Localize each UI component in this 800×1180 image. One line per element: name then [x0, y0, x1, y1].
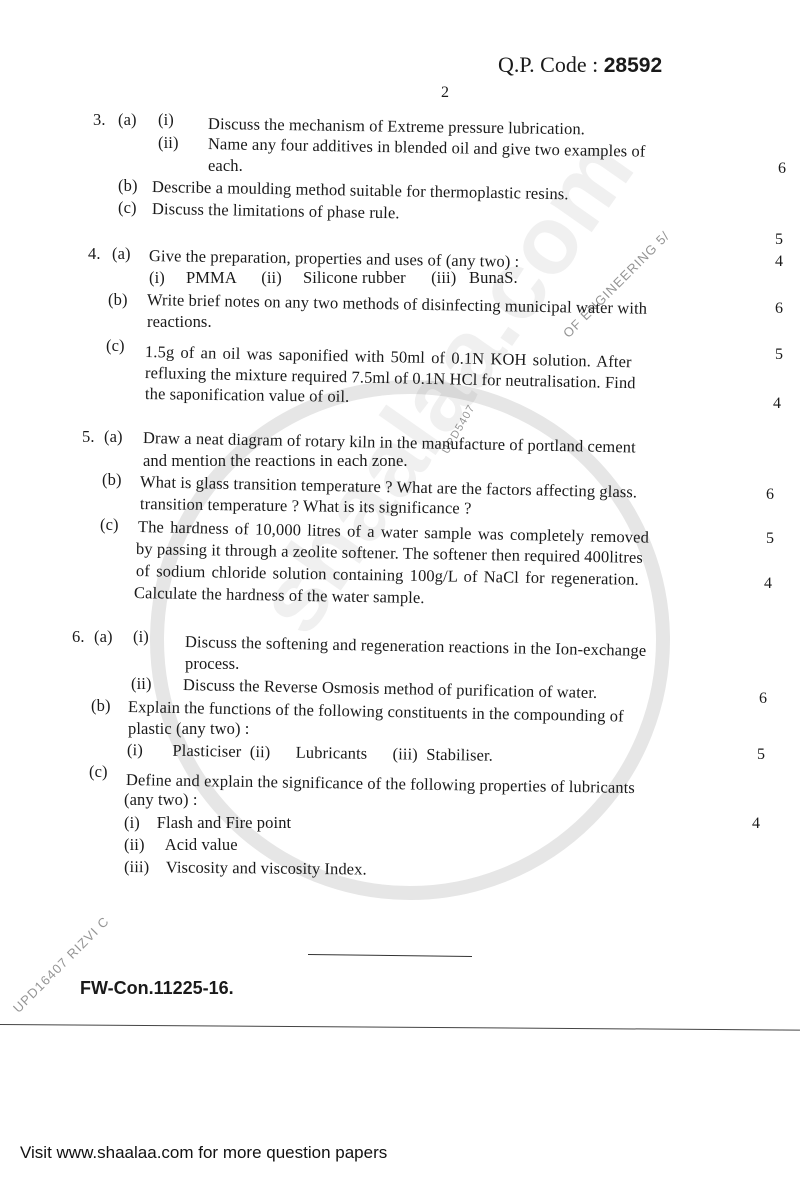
q5-marks-c: 4 — [764, 575, 772, 593]
q3-c-label: (c) — [118, 198, 137, 218]
q3-c-text: Discuss the limitations of phase rule. — [152, 199, 400, 223]
visit-link[interactable]: Visit www.shaalaa.com for more question … — [20, 1143, 387, 1163]
q4-marks-a: 6 — [775, 300, 783, 318]
q3-marks-c: 4 — [775, 253, 783, 271]
qp-code-value: 28592 — [604, 54, 662, 77]
q5-marks-b: 5 — [766, 530, 774, 548]
q6-a-label: (a) — [94, 627, 113, 647]
footer-rule — [0, 1024, 800, 1031]
q6-a-ii-label: (ii) — [131, 674, 152, 694]
q5-a-label: (a) — [104, 427, 123, 447]
q3-a-ii-cont: each. — [208, 156, 243, 176]
q6-marks-c: 4 — [752, 815, 760, 833]
q4-c-label: (c) — [106, 336, 125, 356]
q6-a-i-cont: process. — [185, 654, 239, 674]
footer-code: FW-Con.11225-16. — [80, 978, 234, 999]
q4-a-options: (i) PMMA (ii) Silicone rubber (iii) Buna… — [149, 268, 518, 288]
stamp-bottom: UPD16407 RIZVI C — [10, 913, 112, 1015]
q6-c-ii: (ii) Acid value — [124, 835, 238, 855]
page-number: 2 — [441, 84, 449, 102]
qp-code: Q.P. Code : 28592 — [498, 52, 662, 78]
end-rule — [308, 954, 472, 957]
q4-marks-b: 5 — [775, 346, 783, 364]
q6-c-i: (i) Flash and Fire point — [124, 813, 291, 833]
q3-number: 3. — [93, 110, 106, 130]
q5-c-label: (c) — [100, 515, 119, 535]
q3-a-label: (a) — [118, 110, 137, 130]
q6-marks-b: 5 — [757, 746, 765, 764]
q6-c-iii: (iii) Viscosity and viscosity Index. — [124, 857, 367, 880]
q3-marks-a: 6 — [778, 160, 786, 178]
q3-marks-b: 5 — [775, 231, 783, 249]
qp-code-label: Q.P. Code : — [498, 52, 598, 77]
q6-marks-a: 6 — [759, 690, 767, 708]
q6-c-cont: (any two) : — [124, 790, 198, 810]
q4-b-label: (b) — [108, 290, 128, 310]
q3-a-i-label: (i) — [158, 110, 174, 130]
q6-b-label: (b) — [91, 696, 111, 716]
q6-a-i-label: (i) — [133, 627, 149, 647]
q5-number: 5. — [82, 427, 95, 447]
q3-a-ii-label: (ii) — [158, 133, 179, 153]
q4-a-label: (a) — [112, 244, 131, 264]
q4-c-cont2: the saponification value of oil. — [145, 384, 350, 407]
q5-marks-a: 6 — [766, 486, 774, 504]
q5-b-label: (b) — [102, 470, 122, 490]
q5-a-cont: and mention the reactions in each zone. — [143, 451, 408, 471]
q6-c-label: (c) — [89, 762, 108, 782]
q4-b-cont: reactions. — [147, 312, 212, 332]
q6-number: 6. — [72, 627, 85, 647]
q3-b-label: (b) — [118, 176, 138, 196]
q4-marks-c: 4 — [773, 395, 781, 413]
q6-b-cont: plastic (any two) : — [128, 719, 250, 739]
q4-number: 4. — [88, 244, 101, 264]
